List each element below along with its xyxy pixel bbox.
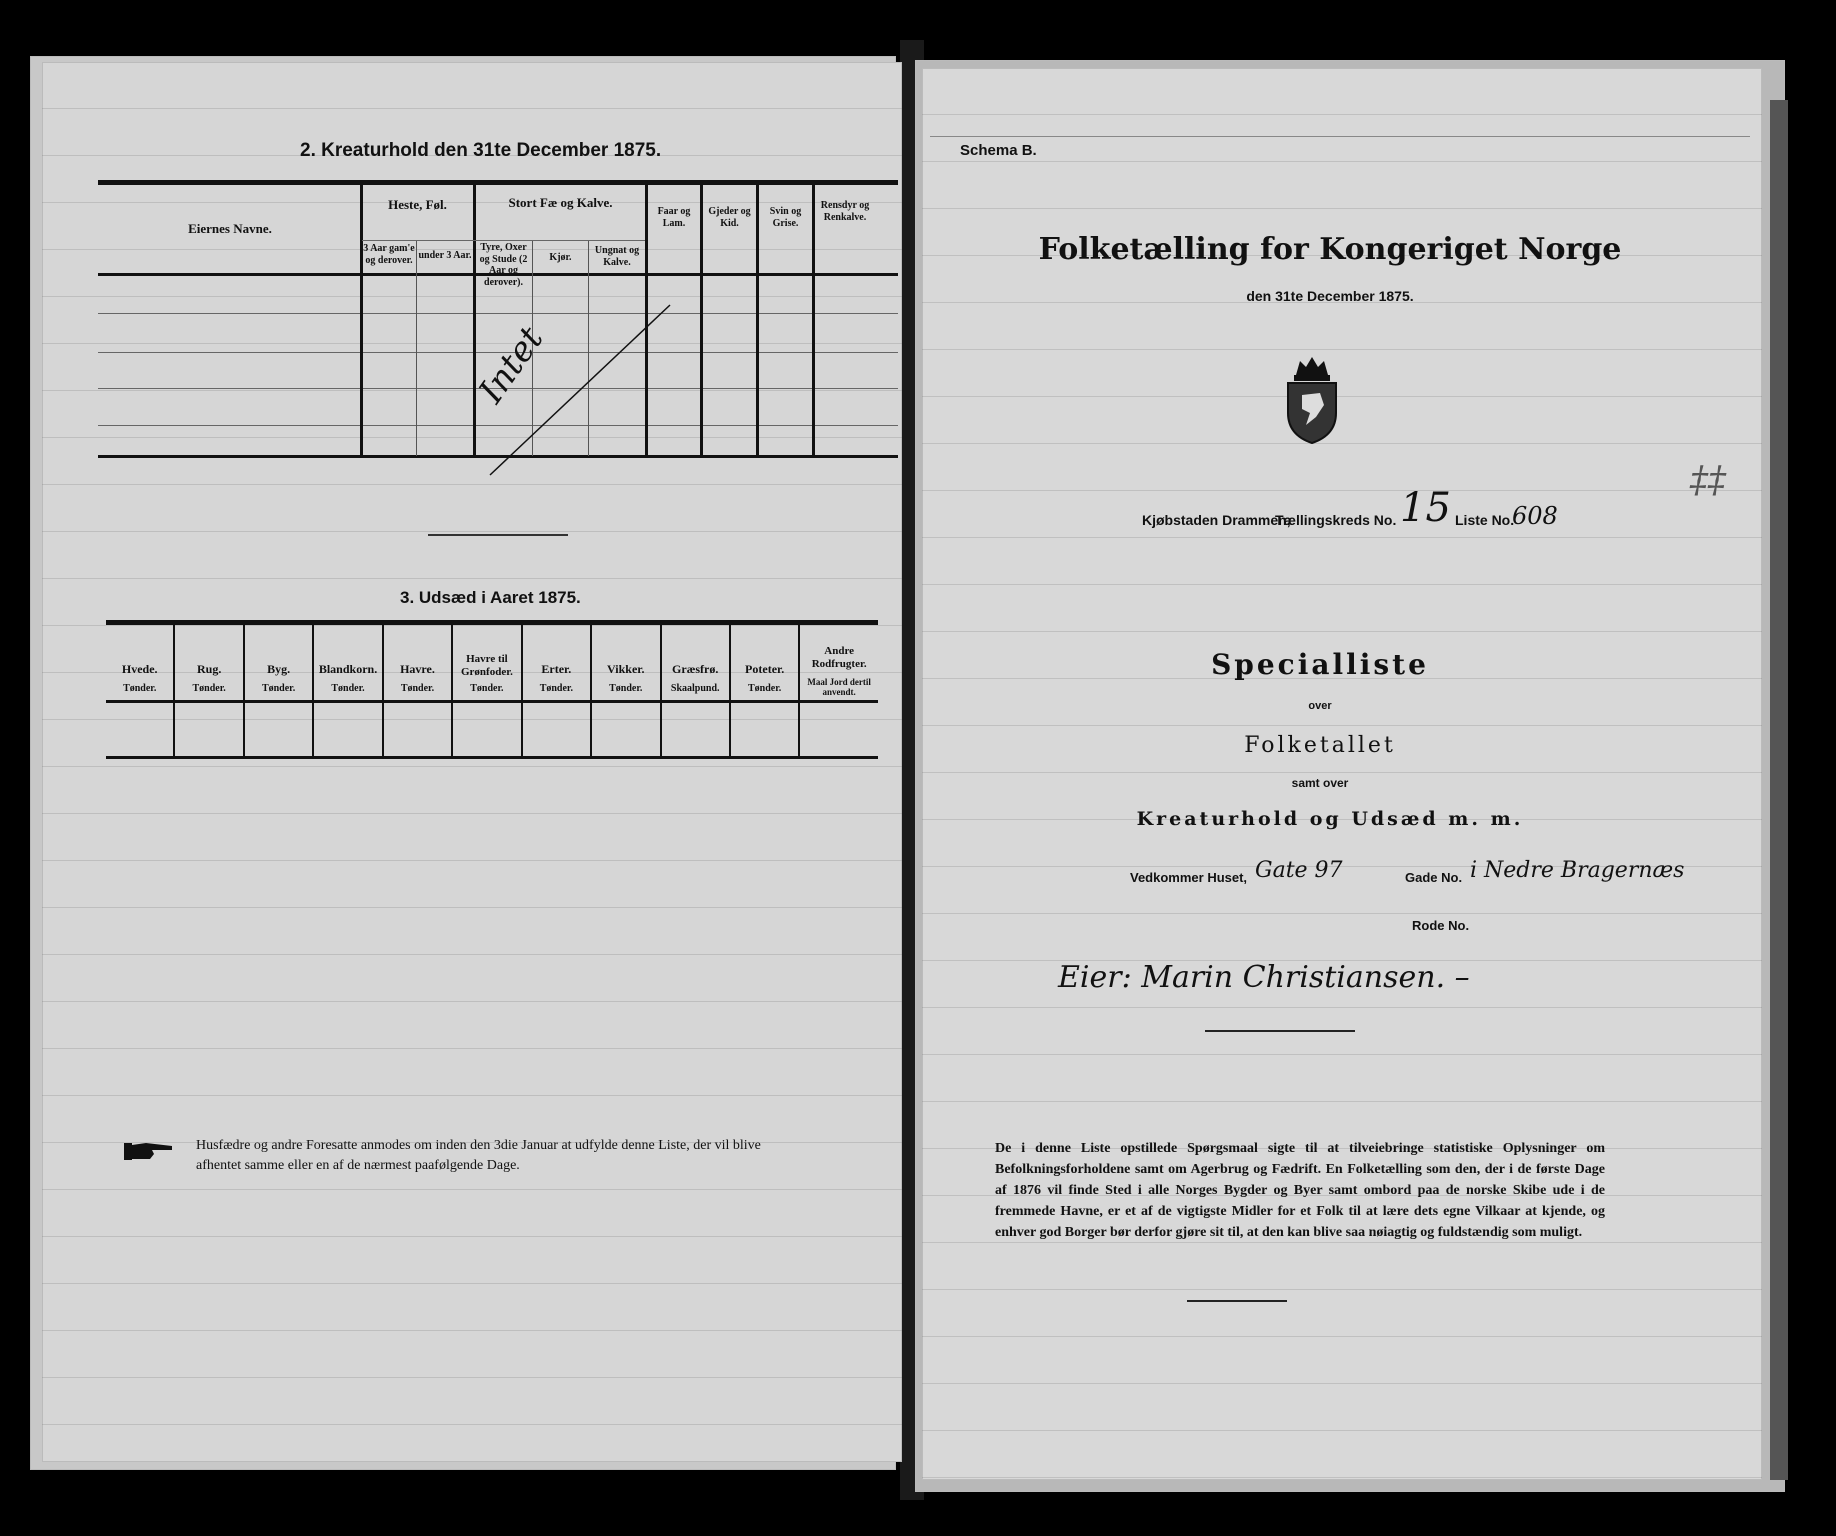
seed-col: Poteter. Tønder. xyxy=(731,625,800,757)
seed-col-name: Havre til Grønfoder. xyxy=(455,653,518,678)
seed-col: Andre Rodfrugter. Maal Jord dertil anven… xyxy=(800,625,878,757)
col-cattle-cows: Kjør. xyxy=(533,252,588,264)
seed-col-unit: Tønder. xyxy=(314,683,381,695)
house-label: Vedkommer Huset, xyxy=(1130,870,1247,885)
seed-col-name: Byg. xyxy=(245,663,312,677)
margin-marks: ‡‡ xyxy=(1690,460,1726,501)
col-horses-3plus: 3 Aar gam'e og derover. xyxy=(362,243,416,266)
owner-line: Eier: Marin Christiansen. – xyxy=(1058,960,1470,995)
kreaturhold-label: Kreaturhold og Udsæd m. m. xyxy=(1130,808,1530,830)
house-value: Gate 97 xyxy=(1255,858,1343,883)
notice-text: Husfædre og andre Foresatte anmodes om i… xyxy=(196,1136,876,1177)
seed-col: Byg. Tønder. xyxy=(245,625,314,757)
seed-col: Hvede. Tønder. xyxy=(106,625,175,757)
seed-col-unit: Maal Jord dertil anvendt. xyxy=(802,677,876,698)
list-value: 608 xyxy=(1512,502,1558,530)
separator-line xyxy=(1205,1030,1355,1032)
page-edge xyxy=(1770,100,1788,1480)
header-rule xyxy=(930,136,1750,137)
seed-col-name: Græsfrø. xyxy=(662,663,729,677)
district-label: Tællingskreds No. xyxy=(1275,512,1396,528)
bleed-through-lines xyxy=(922,68,1762,1480)
samt-over-label: samt over xyxy=(1240,776,1400,790)
col-rule xyxy=(473,182,476,457)
separator-line xyxy=(1187,1300,1287,1302)
section2-title: 2. Kreaturhold den 31te December 1875. xyxy=(300,140,661,162)
pointing-hand-icon xyxy=(124,1140,174,1162)
folketallet-label: Folketallet xyxy=(1200,733,1440,758)
seed-col: Havre. Tønder. xyxy=(384,625,453,757)
seed-col-name: Rug. xyxy=(175,663,242,677)
city-label: Kjøbstaden Drammen, xyxy=(1142,512,1291,528)
col-goats: Gjeder og Kid. xyxy=(703,206,756,229)
col-rule xyxy=(812,182,815,457)
list-label: Liste No. xyxy=(1455,512,1514,528)
seed-col-name: Hvede. xyxy=(106,663,173,677)
main-title: Folketælling for Kongeriget Norge xyxy=(1000,232,1660,267)
seed-col-name: Andre Rodfrugter. xyxy=(802,645,876,670)
col-owners: Eiernes Navne. xyxy=(160,222,300,237)
seed-col: Rug. Tønder. xyxy=(175,625,244,757)
seed-col-unit: Tønder. xyxy=(731,683,798,695)
notice-line-2: afhentet samme eller en af de nærmest pa… xyxy=(196,1156,876,1176)
seed-col-unit: Skaalpund. xyxy=(662,683,729,695)
seed-col: Vikker. Tønder. xyxy=(592,625,661,757)
info-paragraph: De i denne Liste opstillede Spørgsmaal s… xyxy=(995,1138,1605,1243)
notice-line-1: Husfædre og andre Foresatte anmodes om i… xyxy=(196,1136,876,1156)
bleed-through-lines xyxy=(42,62,902,1462)
over-label: over xyxy=(1240,700,1400,712)
table-rule xyxy=(98,180,898,185)
seed-col-unit: Tønder. xyxy=(592,683,659,695)
seed-col-unit: Tønder. xyxy=(384,683,451,695)
seed-col-name: Erter. xyxy=(523,663,590,677)
specialliste-heading: Specialliste xyxy=(1140,648,1500,681)
seed-col-unit: Tønder. xyxy=(245,683,312,695)
seed-col: Blandkorn. Tønder. xyxy=(314,625,383,757)
seed-col-name: Havre. xyxy=(384,663,451,677)
subheader-line xyxy=(362,240,645,241)
col-cattle-bulls: Tyre, Oxer og Stude (2 Aar og derover). xyxy=(475,242,532,288)
col-horses-under3: under 3 Aar. xyxy=(417,250,473,262)
seed-col-unit: Tønder. xyxy=(453,683,520,695)
right-page xyxy=(922,68,1762,1480)
seed-col-name: Blandkorn. xyxy=(314,663,381,677)
seed-col: Erter. Tønder. xyxy=(523,625,592,757)
seed-col-unit: Tønder. xyxy=(175,683,242,695)
separator-line xyxy=(428,534,568,536)
seed-table: Hvede. Tønder. Rug. Tønder. Byg. Tønder.… xyxy=(106,625,878,757)
col-rule xyxy=(416,240,417,456)
coat-of-arms-icon xyxy=(1280,355,1344,445)
col-rule xyxy=(360,182,363,457)
col-reindeer: Rensdyr og Renkalve. xyxy=(815,200,875,223)
left-page xyxy=(42,62,902,1462)
street-value: i Nedre Bragernæs xyxy=(1470,858,1684,883)
col-cattle-group: Stort Fæ og Kalve. xyxy=(476,196,645,211)
schema-label: Schema B. xyxy=(960,142,1037,159)
seed-col-name: Poteter. xyxy=(731,663,798,677)
seed-col: Havre til Grønfoder. Tønder. xyxy=(453,625,522,757)
col-sheep: Faar og Lam. xyxy=(648,206,700,229)
street-label: Gade No. xyxy=(1405,870,1462,885)
col-pigs: Svin og Grise. xyxy=(759,206,812,229)
strike-line xyxy=(480,300,680,480)
seed-col-name: Vikker. xyxy=(592,663,659,677)
seed-col: Græsfrø. Skaalpund. xyxy=(662,625,731,757)
subtitle: den 31te December 1875. xyxy=(1000,288,1660,304)
seed-col-unit: Tønder. xyxy=(523,683,590,695)
district-value: 15 xyxy=(1400,485,1451,531)
col-horses-group: Heste, Føl. xyxy=(362,198,473,213)
col-cattle-young: Ungnat og Kalve. xyxy=(589,245,645,268)
rode-label: Rode No. xyxy=(1412,918,1469,933)
seed-col-unit: Tønder. xyxy=(106,683,173,695)
section3-title: 3. Udsæd i Aaret 1875. xyxy=(400,588,581,608)
